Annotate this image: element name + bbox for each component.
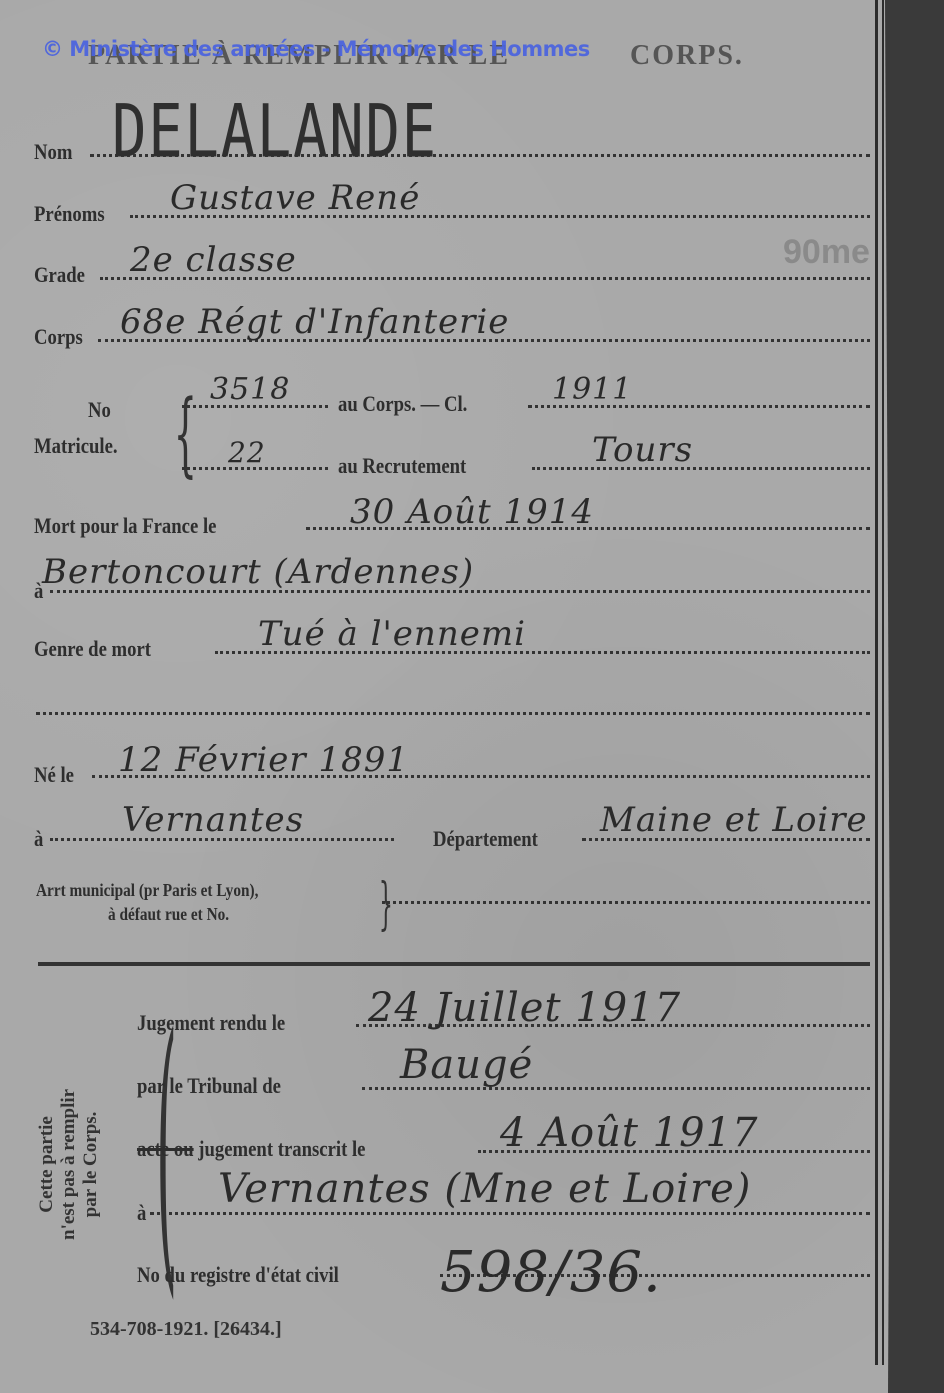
grade-value: 2e classe bbox=[130, 240, 297, 280]
matricule-label-no: No bbox=[88, 397, 111, 423]
arrondissement-line bbox=[382, 901, 870, 904]
au-corps-label: au Corps. — Cl. bbox=[338, 391, 467, 417]
border-rule bbox=[875, 0, 878, 1365]
prenoms-value: Gustave René bbox=[170, 178, 420, 218]
departement-label: Département bbox=[433, 826, 538, 852]
transcrit-value: 4 Août 1917 bbox=[500, 1110, 758, 1156]
arrondissement-brace: } bbox=[379, 872, 393, 937]
section-divider bbox=[38, 962, 870, 966]
registre-value: 598/36. bbox=[440, 1240, 662, 1305]
recrutement-number-value: 22 bbox=[228, 436, 266, 469]
nom-value: DELALANDE bbox=[112, 88, 438, 174]
registre-label: No du registre d'état civil bbox=[137, 1262, 339, 1288]
corps-number-value: 3518 bbox=[210, 372, 290, 407]
mort-a-value: Bertoncourt (Ardennes) bbox=[42, 552, 474, 592]
copyright-watermark: © Ministère des armées - Mémoire des Hom… bbox=[42, 37, 590, 61]
transcrit-label: acte ou jugement transcrit le bbox=[137, 1136, 365, 1162]
transcrit-a-line bbox=[150, 1212, 870, 1215]
genre-mort-label: Genre de mort bbox=[34, 636, 151, 662]
jugement-rendu-value: 24 Juillet 1917 bbox=[368, 985, 681, 1031]
nom-label: Nom bbox=[34, 139, 72, 165]
corps-value: 68e Régt d'Infanterie bbox=[120, 302, 509, 342]
arrondissement-label-2: à défaut rue et No. bbox=[108, 904, 229, 925]
jugement-rendu-label: Jugement rendu le bbox=[137, 1010, 285, 1036]
prenoms-label: Prénoms bbox=[34, 201, 105, 227]
document-card: PARTIE À REMPLIR PAR LE CORPS. © Ministè… bbox=[0, 0, 890, 1393]
struck-text: acte ou bbox=[137, 1136, 194, 1161]
matricule-brace: { bbox=[174, 380, 197, 487]
departement-value: Maine et Loire bbox=[600, 800, 868, 840]
arrondissement-label: Arrt municipal (pr Paris et Lyon), bbox=[36, 880, 258, 901]
transcrit-a-label: à bbox=[137, 1200, 146, 1226]
matricule-label: Matricule. bbox=[34, 433, 118, 459]
margin-stamp: 90me bbox=[783, 233, 870, 272]
ne-a-label: à bbox=[34, 826, 43, 852]
extra-line bbox=[36, 712, 870, 715]
grade-label: Grade bbox=[34, 262, 85, 288]
mort-le-value: 30 Août 1914 bbox=[350, 492, 594, 532]
classe-value: 1911 bbox=[552, 372, 632, 407]
border-rule bbox=[882, 0, 884, 1365]
recrutement-place-value: Tours bbox=[592, 430, 693, 470]
mort-le-label: Mort pour la France le bbox=[34, 513, 216, 539]
transcrit-a-value: Vernantes (Mne et Loire) bbox=[218, 1166, 751, 1212]
tribunal-label: par le Tribunal de bbox=[137, 1073, 281, 1099]
form-code: 534-708-1921. [26434.] bbox=[90, 1318, 282, 1341]
ne-le-label: Né le bbox=[34, 762, 74, 788]
ne-le-value: 12 Février 1891 bbox=[118, 740, 409, 780]
side-note: Cette partie n'est pas à remplir par le … bbox=[36, 1089, 102, 1240]
tribunal-value: Baugé bbox=[400, 1042, 533, 1088]
corps-label: Corps bbox=[34, 324, 83, 350]
ne-a-value: Vernantes bbox=[122, 800, 304, 840]
recrutement-place-line bbox=[532, 467, 870, 470]
au-recrutement-label: au Recrutement bbox=[338, 453, 466, 479]
genre-mort-value: Tué à l'ennemi bbox=[258, 614, 526, 654]
